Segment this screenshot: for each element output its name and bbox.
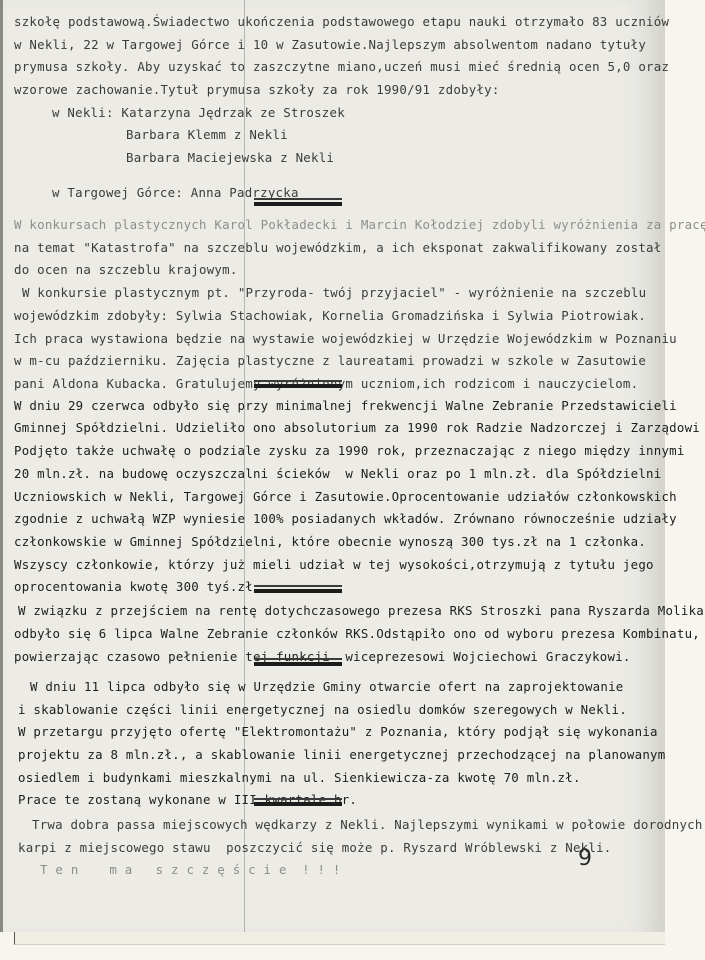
text-line: W związku z przejściem na rentę dotychcz…	[18, 603, 704, 618]
text-line: Wszyscy członkowie, którzy już mieli udz…	[14, 557, 654, 572]
section-separator	[254, 585, 342, 593]
section-separator	[254, 198, 342, 206]
underlying-sheet-edge	[14, 932, 665, 945]
text-line: T e n m a s z c z ę ś c i e ! ! !	[40, 862, 341, 877]
text-line: Gminnej Spółdzielni. Udzieliło ono absol…	[14, 420, 705, 435]
text-line: Podjęto także uchwałę o podziale zysku z…	[14, 443, 685, 458]
text-line: członkowskie w Gminnej Spółdzielni, któr…	[14, 534, 646, 549]
text-line: Ich praca wystawiona będzie na wystawie …	[14, 331, 677, 346]
text-line: osiedlem i budynkami mieszkalnymi na ul.…	[18, 770, 581, 785]
page-number: 9	[578, 846, 592, 871]
text-line: zgodnie z uchwałą WZP wyniesie 100% posi…	[14, 511, 677, 526]
text-line: odbyło się 6 lipca Walne Zebranie członk…	[14, 626, 700, 641]
text-line: wzorowe zachowanie.Tytuł prymusa szkoły …	[14, 82, 500, 97]
text-line: szkołę podstawową.Świadectwo ukończenia …	[14, 14, 669, 29]
text-line: do ocen na szczeblu krajowym.	[14, 262, 238, 277]
text-line: Barbara Maciejewska z Nekli	[126, 150, 334, 165]
text-line: w m-cu październiku. Zajęcia plastyczne …	[14, 353, 646, 368]
text-line: projektu za 8 mln.zł., a skablowanie lin…	[18, 747, 665, 762]
text-line: 20 mln.zł. na budowę oczyszczalni ściekó…	[14, 466, 661, 481]
text-line: wojewódzkim zdobyły: Sylwia Stachowiak, …	[14, 308, 646, 323]
section-separator	[254, 798, 342, 806]
text-line: Uczniowskich w Nekli, Targowej Górce i Z…	[14, 489, 677, 504]
text-line: W dniu 11 lipca odbyło się w Urzędzie Gm…	[30, 679, 624, 694]
section-separator	[254, 658, 342, 666]
document-page: szkołę podstawową.Świadectwo ukończenia …	[0, 0, 665, 932]
text-line: W dniu 29 czerwca odbyło się przy minima…	[14, 398, 677, 413]
text-line: w Nekli, 22 w Targowej Górce i 10 w Zasu…	[14, 37, 646, 52]
text-line: karpi z miejscowego stawu poszczycić się…	[18, 840, 612, 855]
section-separator	[254, 380, 342, 388]
text-line: prymusa szkoły. Aby uzyskać to zaszczytn…	[14, 59, 669, 74]
text-line: na temat "Katastrofa" na szczeblu wojewó…	[14, 240, 661, 255]
text-line: Barbara Klemm z Nekli	[126, 127, 288, 142]
text-line: W konkursie plastycznym pt. "Przyroda- t…	[22, 285, 646, 300]
text-line: Trwa dobra passa miejscowych wędkarzy z …	[32, 817, 703, 832]
page-left-edge	[0, 0, 3, 932]
text-line: W przetargu przyjęto ofertę "Elektromont…	[18, 724, 658, 739]
text-line: i skablowanie części linii energetycznej…	[18, 702, 627, 717]
text-line: W konkursach plastycznych Karol Pokładec…	[14, 217, 705, 232]
text-line: oprocentowania kwotę 300 tyś.zł.	[14, 579, 261, 594]
text-line: w Nekli: Katarzyna Jędrzak ze Stroszek	[52, 105, 345, 120]
